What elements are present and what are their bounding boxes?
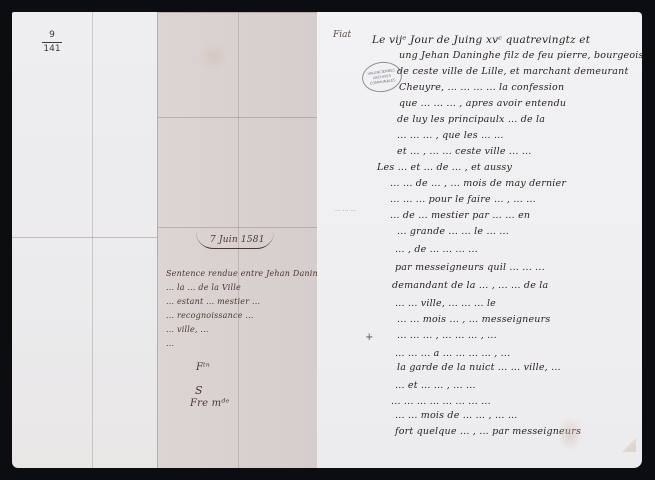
margin-note: +: [365, 332, 373, 343]
manuscript-sheet: 9 141 7 Juin 1581 Sentence rendue entre …: [12, 12, 642, 468]
docket-signature: S: [195, 384, 203, 397]
docket-line: ... estant ... mestier ...: [166, 297, 260, 306]
text-line: que ... ... ... , apres avoir entendu: [399, 98, 566, 109]
text-line: ... de ... mestier par ... ... en: [390, 210, 530, 221]
text-line: ung Jehan Daninghe filz de feu pierre, b…: [399, 50, 644, 61]
main-text-panel: VALENCIENNES ARCHIVES COMMUNALES Fiat ..…: [317, 12, 642, 468]
text-line: ... ... ... , ... ... ... , ...: [397, 330, 497, 341]
archive-stamp: VALENCIENNES ARCHIVES COMMUNALES: [360, 59, 404, 94]
docket-signature: Fre mᵈᵉ: [190, 398, 230, 409]
text-line: ... grande ... ... le ... ...: [397, 226, 509, 237]
left-panel: 9 141: [12, 12, 157, 468]
fold-line: [12, 237, 157, 238]
text-line: ... ... ... ... ... ... ... ...: [391, 396, 491, 407]
stain: [198, 42, 228, 72]
docket-line: ... la ... de la Ville: [166, 283, 241, 292]
text-line: fort quelque ... , ... par messeigneurs: [395, 426, 581, 437]
text-line: ... ... ville, ... ... ... le: [395, 298, 496, 309]
text-line: par messeigneurs quil ... ... ...: [395, 262, 545, 273]
text-line: la garde de la nuict ... ... ville, ...: [397, 362, 561, 373]
fold-line: [92, 12, 93, 468]
docket-panel: 7 Juin 1581 Sentence rendue entre Jehan …: [157, 12, 319, 468]
folio-divider: [42, 42, 62, 43]
text-line: ... ... ... a ... ... ... ... , ...: [395, 348, 510, 359]
text-line: ... ... mois ... , ... messeigneurs: [397, 314, 550, 325]
text-line: ... et ... ... , ... ...: [395, 380, 476, 391]
docket-line: ... ville, ...: [166, 325, 209, 334]
docket-date: 7 Juin 1581: [210, 235, 265, 245]
corner-fold: [622, 438, 636, 452]
text-line: demandant de la ... , ... ... de la: [392, 280, 548, 291]
text-line: et ... , ... ... ceste ville ... ...: [397, 146, 531, 157]
docket-signature: Fᵗⁿ: [196, 362, 210, 373]
text-line: ... ... mois de ... ... , ... ...: [395, 410, 517, 421]
text-line: de ceste ville de Lille, et marchant dem…: [397, 66, 628, 77]
stain: [557, 417, 583, 451]
text-line: ... ... ... pour le faire ... , ... ...: [390, 194, 536, 205]
margin-note: Fiat: [333, 30, 351, 40]
folio-number: 9 141: [42, 30, 62, 55]
docket-line: Sentence rendue entre Jehan Daninghe: [166, 269, 334, 278]
folio-top: 9: [42, 30, 62, 41]
text-line: Le vijᵉ Jour de Juing xvᶜ quatrevingtz e…: [372, 34, 590, 46]
text-line: ... , de ... ... ... ...: [395, 244, 478, 255]
docket-line: ... recognoissance ...: [166, 311, 254, 320]
folio-bottom: 141: [42, 44, 62, 55]
docket-line: ...: [166, 339, 174, 348]
text-line: Cheuyre, ... ... ... ... la confession: [399, 82, 564, 93]
text-line: ... ... ... , que les ... ...: [397, 130, 504, 141]
text-line: ... ... de ... , ... mois de may dernier: [390, 178, 566, 189]
margin-note: ... ... ...: [335, 206, 356, 213]
text-line: de luy les principaulx ... de la: [397, 114, 545, 125]
text-line: Les ... et ... de ... , et aussy: [377, 162, 512, 173]
